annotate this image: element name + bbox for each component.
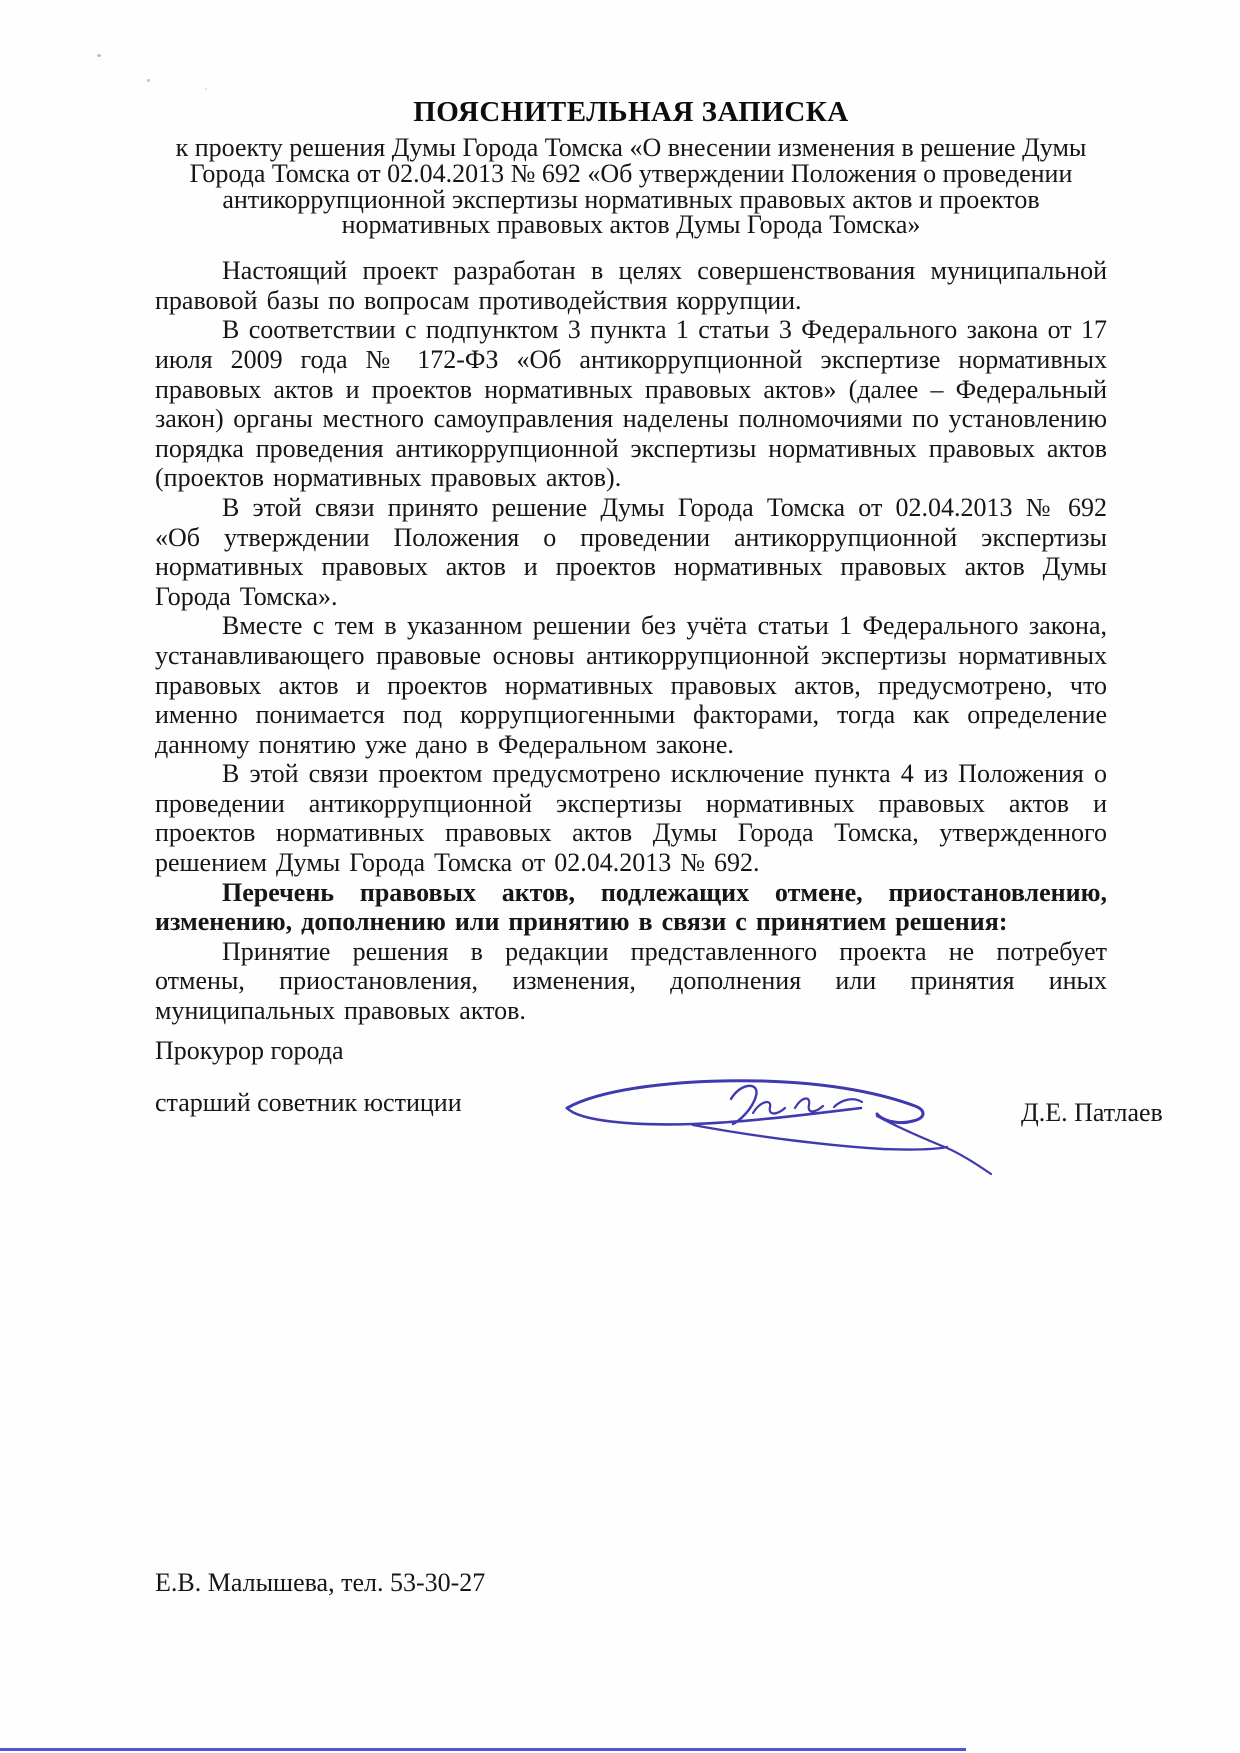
signer-role-line1: Прокурор города [155, 1036, 344, 1066]
scan-speck [205, 88, 207, 90]
scan-speck [97, 54, 101, 57]
handwritten-signature-icon [543, 1044, 995, 1194]
scanned-document-page: ПОЯСНИТЕЛЬНАЯ ЗАПИСКА к проекту решения … [0, 0, 1240, 1753]
document-title: ПОЯСНИТЕЛЬНАЯ ЗАПИСКА [155, 96, 1107, 129]
scan-edge-artifact [0, 1748, 966, 1751]
paragraph: В этой связи принято решение Думы Города… [155, 493, 1107, 611]
paragraph: В этой связи проектом предусмотрено искл… [155, 759, 1107, 877]
signer-role-line2: старший советник юстиции [155, 1088, 462, 1118]
document-subtitle: к проекту решения Думы Города Томска «О … [155, 135, 1107, 238]
executor-contact: Е.В. Малышева, тел. 53-30-27 [155, 1568, 485, 1598]
document-body: ПОЯСНИТЕЛЬНАЯ ЗАПИСКА к проекту решения … [155, 96, 1107, 1026]
signer-name: Д.Е. Патлаев [1021, 1098, 1163, 1128]
paragraph: Настоящий проект разработан в целях сове… [155, 256, 1107, 315]
paragraph: Вместе с тем в указанном решении без учё… [155, 611, 1107, 759]
paragraph-heading-list-of-acts: Перечень правовых актов, подлежащих отме… [155, 878, 1107, 937]
signature-block: Прокурор города старший советник юстиции… [155, 1036, 1165, 1206]
scan-speck [147, 79, 150, 82]
paragraph: В соответствии с подпунктом 3 пункта 1 с… [155, 315, 1107, 493]
paragraph: Принятие решения в редакции представленн… [155, 937, 1107, 1026]
